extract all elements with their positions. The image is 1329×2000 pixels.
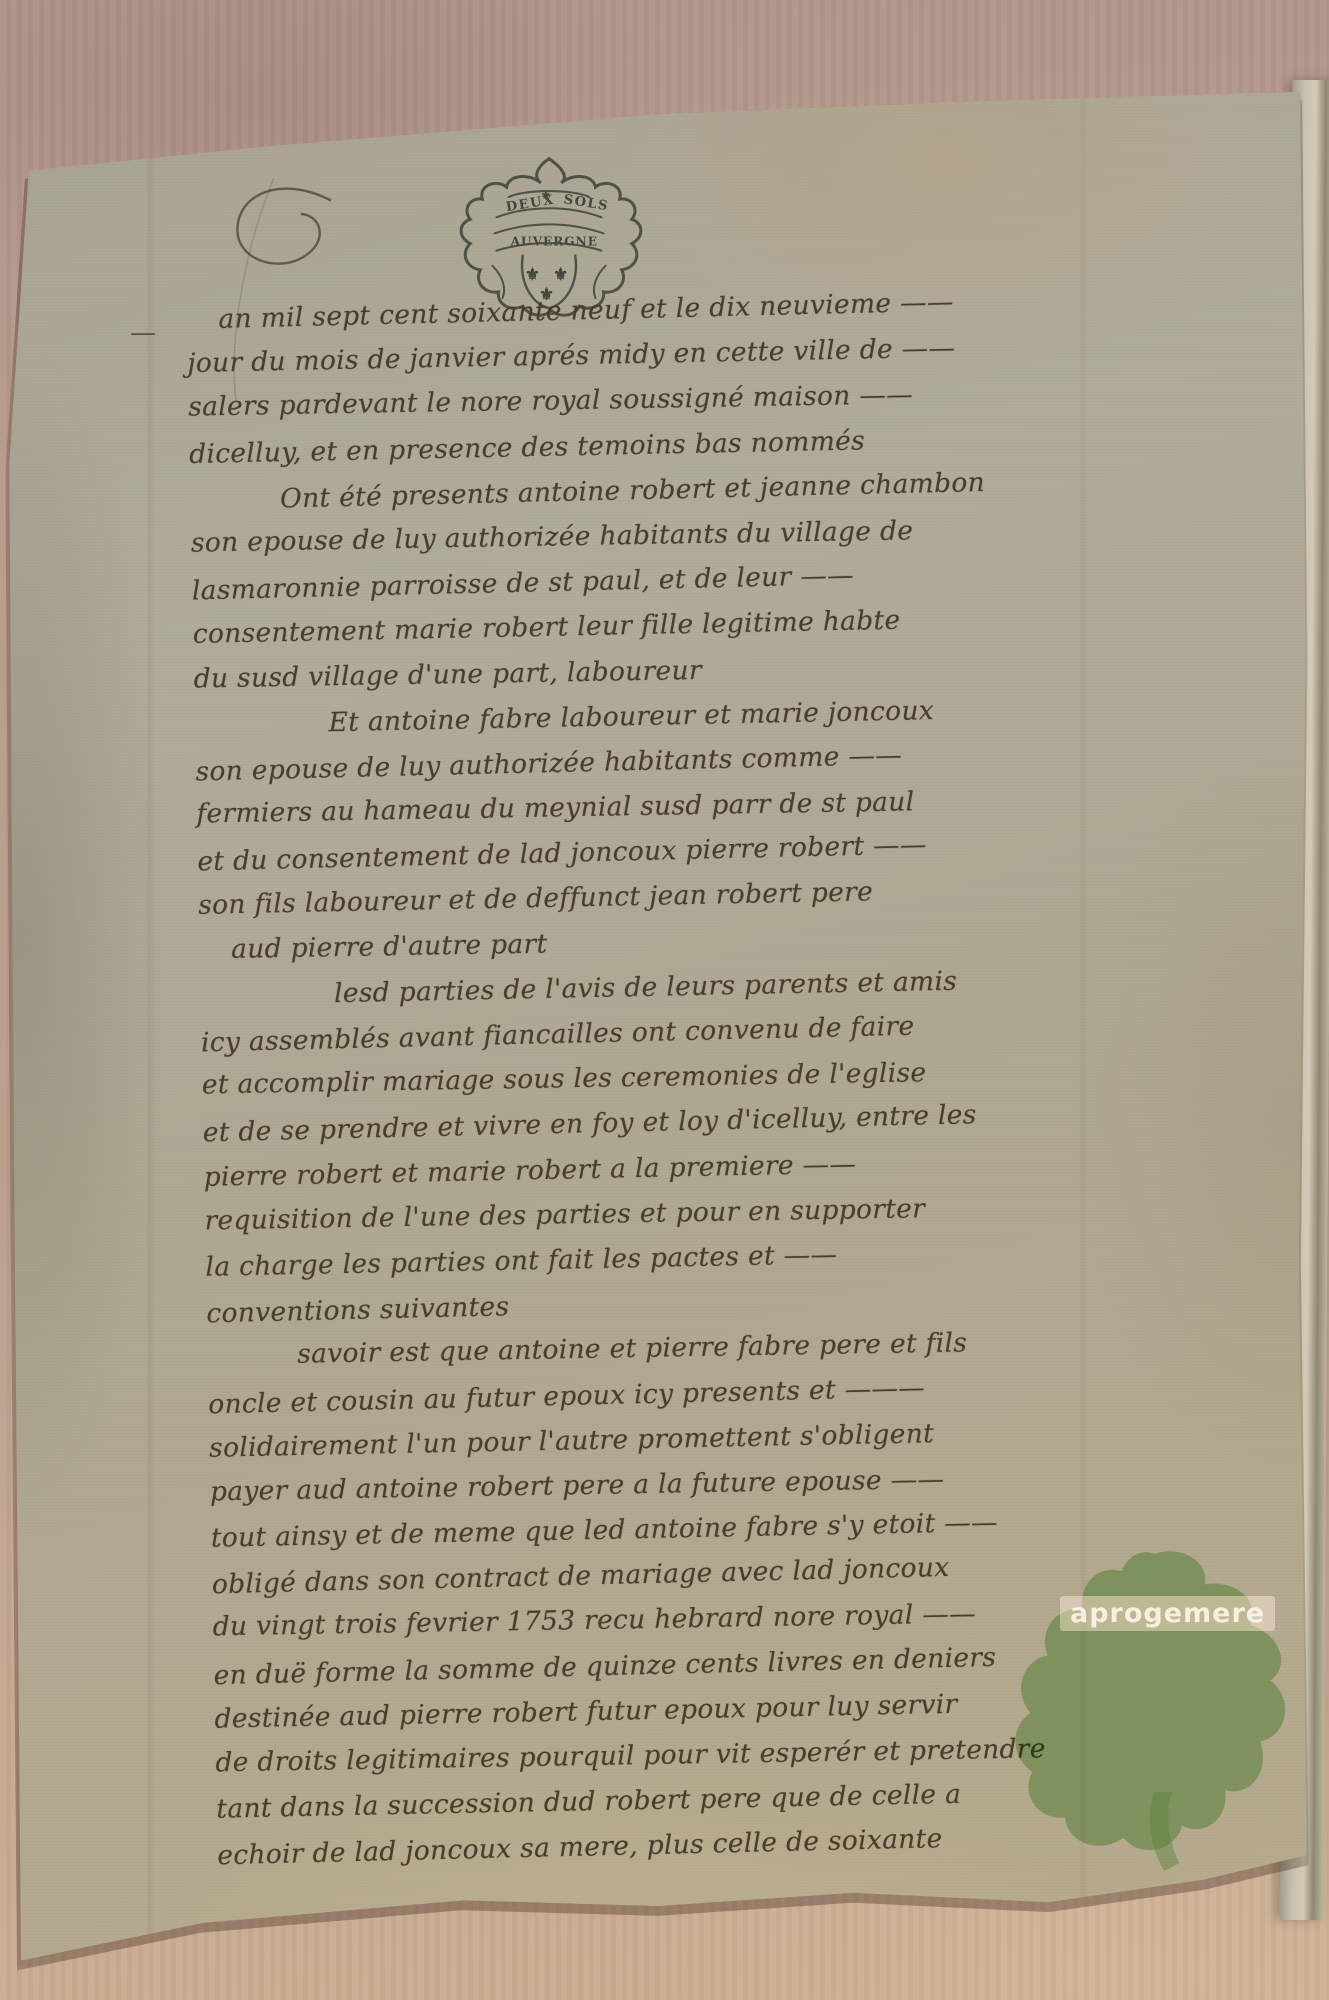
manuscript-text: an mil sept cent soixante neuf et le dix… xyxy=(186,278,1098,1877)
stamp-word-band: AUVERGNE xyxy=(510,235,598,249)
fleur-de-lis-icon: ⚜ xyxy=(553,265,568,285)
fleur-de-lis-icon: ⚜ xyxy=(525,265,540,285)
fleur-de-lis-icon: ⚜ xyxy=(541,189,551,202)
stamp-word-right: SOLS xyxy=(563,192,610,214)
photograph-of-document: DEUX SOLS AUVERGNE ⚜ ⚜ ⚜ ⚜ — an mil sept… xyxy=(0,0,1329,2000)
margin-dash: — xyxy=(130,318,156,348)
